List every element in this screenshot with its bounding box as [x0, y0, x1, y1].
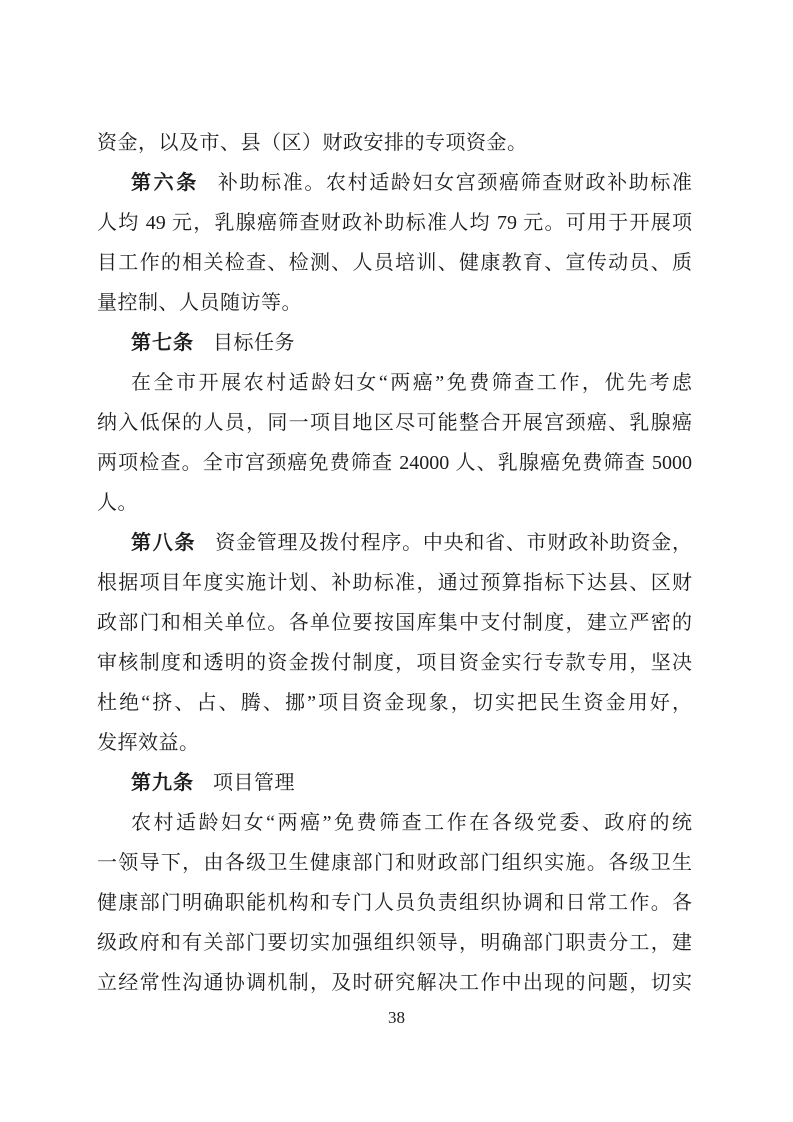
line-text: 审核制度和透明的资金拨付制度，项目资金实行专款专用，坚决 [97, 652, 692, 674]
line-text: 人均 49 元，乳腺癌筛查财政补助标准人均 79 元。可用于开展项 [97, 212, 692, 234]
article-seven-body-line: 纳入低保的人员，同一项目地区尽可能整合开展宫颈癌、乳腺癌 [97, 403, 692, 443]
article-eight-body-line: 杜绝“挤、占、腾、挪”项目资金现象，切实把民生资金用好， [97, 683, 692, 723]
line-text: 人。 [97, 492, 138, 514]
article-eight-body-line: 发挥效益。 [97, 723, 692, 763]
article-six-heading-line: 第六条补助标准。农村适龄妇女宫颈癌筛查财政补助标准 [97, 163, 692, 203]
article-nine-title: 项目管理 [213, 772, 295, 794]
document-body: 资金，以及市、县（区）财政安排的专项资金。 第六条补助标准。农村适龄妇女宫颈癌筛… [0, 0, 793, 1003]
line-text: 一领导下，由各级卫生健康部门和财政部门组织实施。各级卫生 [97, 852, 692, 874]
article-six-body-line: 人均 49 元，乳腺癌筛查财政补助标准人均 79 元。可用于开展项 [97, 203, 692, 243]
document-page: 资金，以及市、县（区）财政安排的专项资金。 第六条补助标准。农村适龄妇女宫颈癌筛… [0, 0, 793, 1122]
line-text: 补助标准。农村适龄妇女宫颈癌筛查财政补助标准 [218, 172, 692, 194]
article-nine-label: 第九条 [131, 772, 194, 794]
article-nine-body-line: 农村适龄妇女“两癌”免费筛查工作在各级党委、政府的统 [97, 803, 692, 843]
article-nine-heading-line: 第九条项目管理 [97, 763, 692, 803]
article-seven-body-line: 两项检查。全市宫颈癌免费筛查 24000 人、乳腺癌免费筛查 5000 [97, 443, 692, 483]
line-text: 纳入低保的人员，同一项目地区尽可能整合开展宫颈癌、乳腺癌 [97, 412, 692, 434]
line-text: 在全市开展农村适龄妇女“两癌”免费筛查工作，优先考虑 [131, 372, 692, 394]
article-eight-heading-line: 第八条资金管理及拨付程序。中央和省、市财政补助资金， [97, 523, 692, 563]
article-nine-body-line: 一领导下，由各级卫生健康部门和财政部门组织实施。各级卫生 [97, 843, 692, 883]
line-text: 立经常性沟通协调机制，及时研究解决工作中出现的问题，切实 [97, 972, 692, 994]
line-text: 两项检查。全市宫颈癌免费筛查 24000 人、乳腺癌免费筛查 5000 [97, 452, 692, 474]
page-number: 38 [0, 1005, 793, 1031]
line-text: 资金管理及拨付程序。中央和省、市财政补助资金， [215, 532, 692, 554]
article-seven-heading-line: 第七条目标任务 [97, 323, 692, 363]
line-text: 根据项目年度实施计划、补助标准，通过预算指标下达县、区财 [97, 572, 692, 594]
line-text: 目工作的相关检查、检测、人员培训、健康教育、宣传动员、质 [97, 252, 692, 274]
article-seven-title: 目标任务 [213, 332, 295, 354]
line-text: 杜绝“挤、占、腾、挪”项目资金现象，切实把民生资金用好， [97, 692, 692, 714]
line-text: 资金，以及市、县（区）财政安排的专项资金。 [97, 132, 528, 154]
article-seven-body-line: 在全市开展农村适龄妇女“两癌”免费筛查工作，优先考虑 [97, 363, 692, 403]
line-text: 发挥效益。 [97, 732, 200, 754]
article-eight-body-line: 审核制度和透明的资金拨付制度，项目资金实行专款专用，坚决 [97, 643, 692, 683]
line-text: 农村适龄妇女“两癌”免费筛查工作在各级党委、政府的统 [131, 812, 692, 834]
line-text: 量控制、人员随访等。 [97, 292, 302, 314]
line-text: 级政府和有关部门要切实加强组织领导，明确部门职责分工，建 [97, 932, 692, 954]
article-seven-body-line: 人。 [97, 483, 692, 523]
line-text: 政部门和相关单位。各单位要按国库集中支付制度，建立严密的 [97, 612, 692, 634]
article-six-label: 第六条 [131, 172, 199, 194]
paragraph-continuation-line: 资金，以及市、县（区）财政安排的专项资金。 [97, 123, 692, 163]
article-six-body-line: 目工作的相关检查、检测、人员培训、健康教育、宣传动员、质 [97, 243, 692, 283]
article-nine-body-line: 级政府和有关部门要切实加强组织领导，明确部门职责分工，建 [97, 923, 692, 963]
article-eight-label: 第八条 [131, 532, 196, 554]
article-seven-label: 第七条 [131, 332, 194, 354]
line-text: 健康部门明确职能机构和专门人员负责组织协调和日常工作。各 [97, 892, 692, 914]
article-eight-body-line: 政部门和相关单位。各单位要按国库集中支付制度，建立严密的 [97, 603, 692, 643]
article-nine-body-line: 立经常性沟通协调机制，及时研究解决工作中出现的问题，切实 [97, 963, 692, 1003]
article-nine-body-line: 健康部门明确职能机构和专门人员负责组织协调和日常工作。各 [97, 883, 692, 923]
article-eight-body-line: 根据项目年度实施计划、补助标准，通过预算指标下达县、区财 [97, 563, 692, 603]
article-six-body-line: 量控制、人员随访等。 [97, 283, 692, 323]
